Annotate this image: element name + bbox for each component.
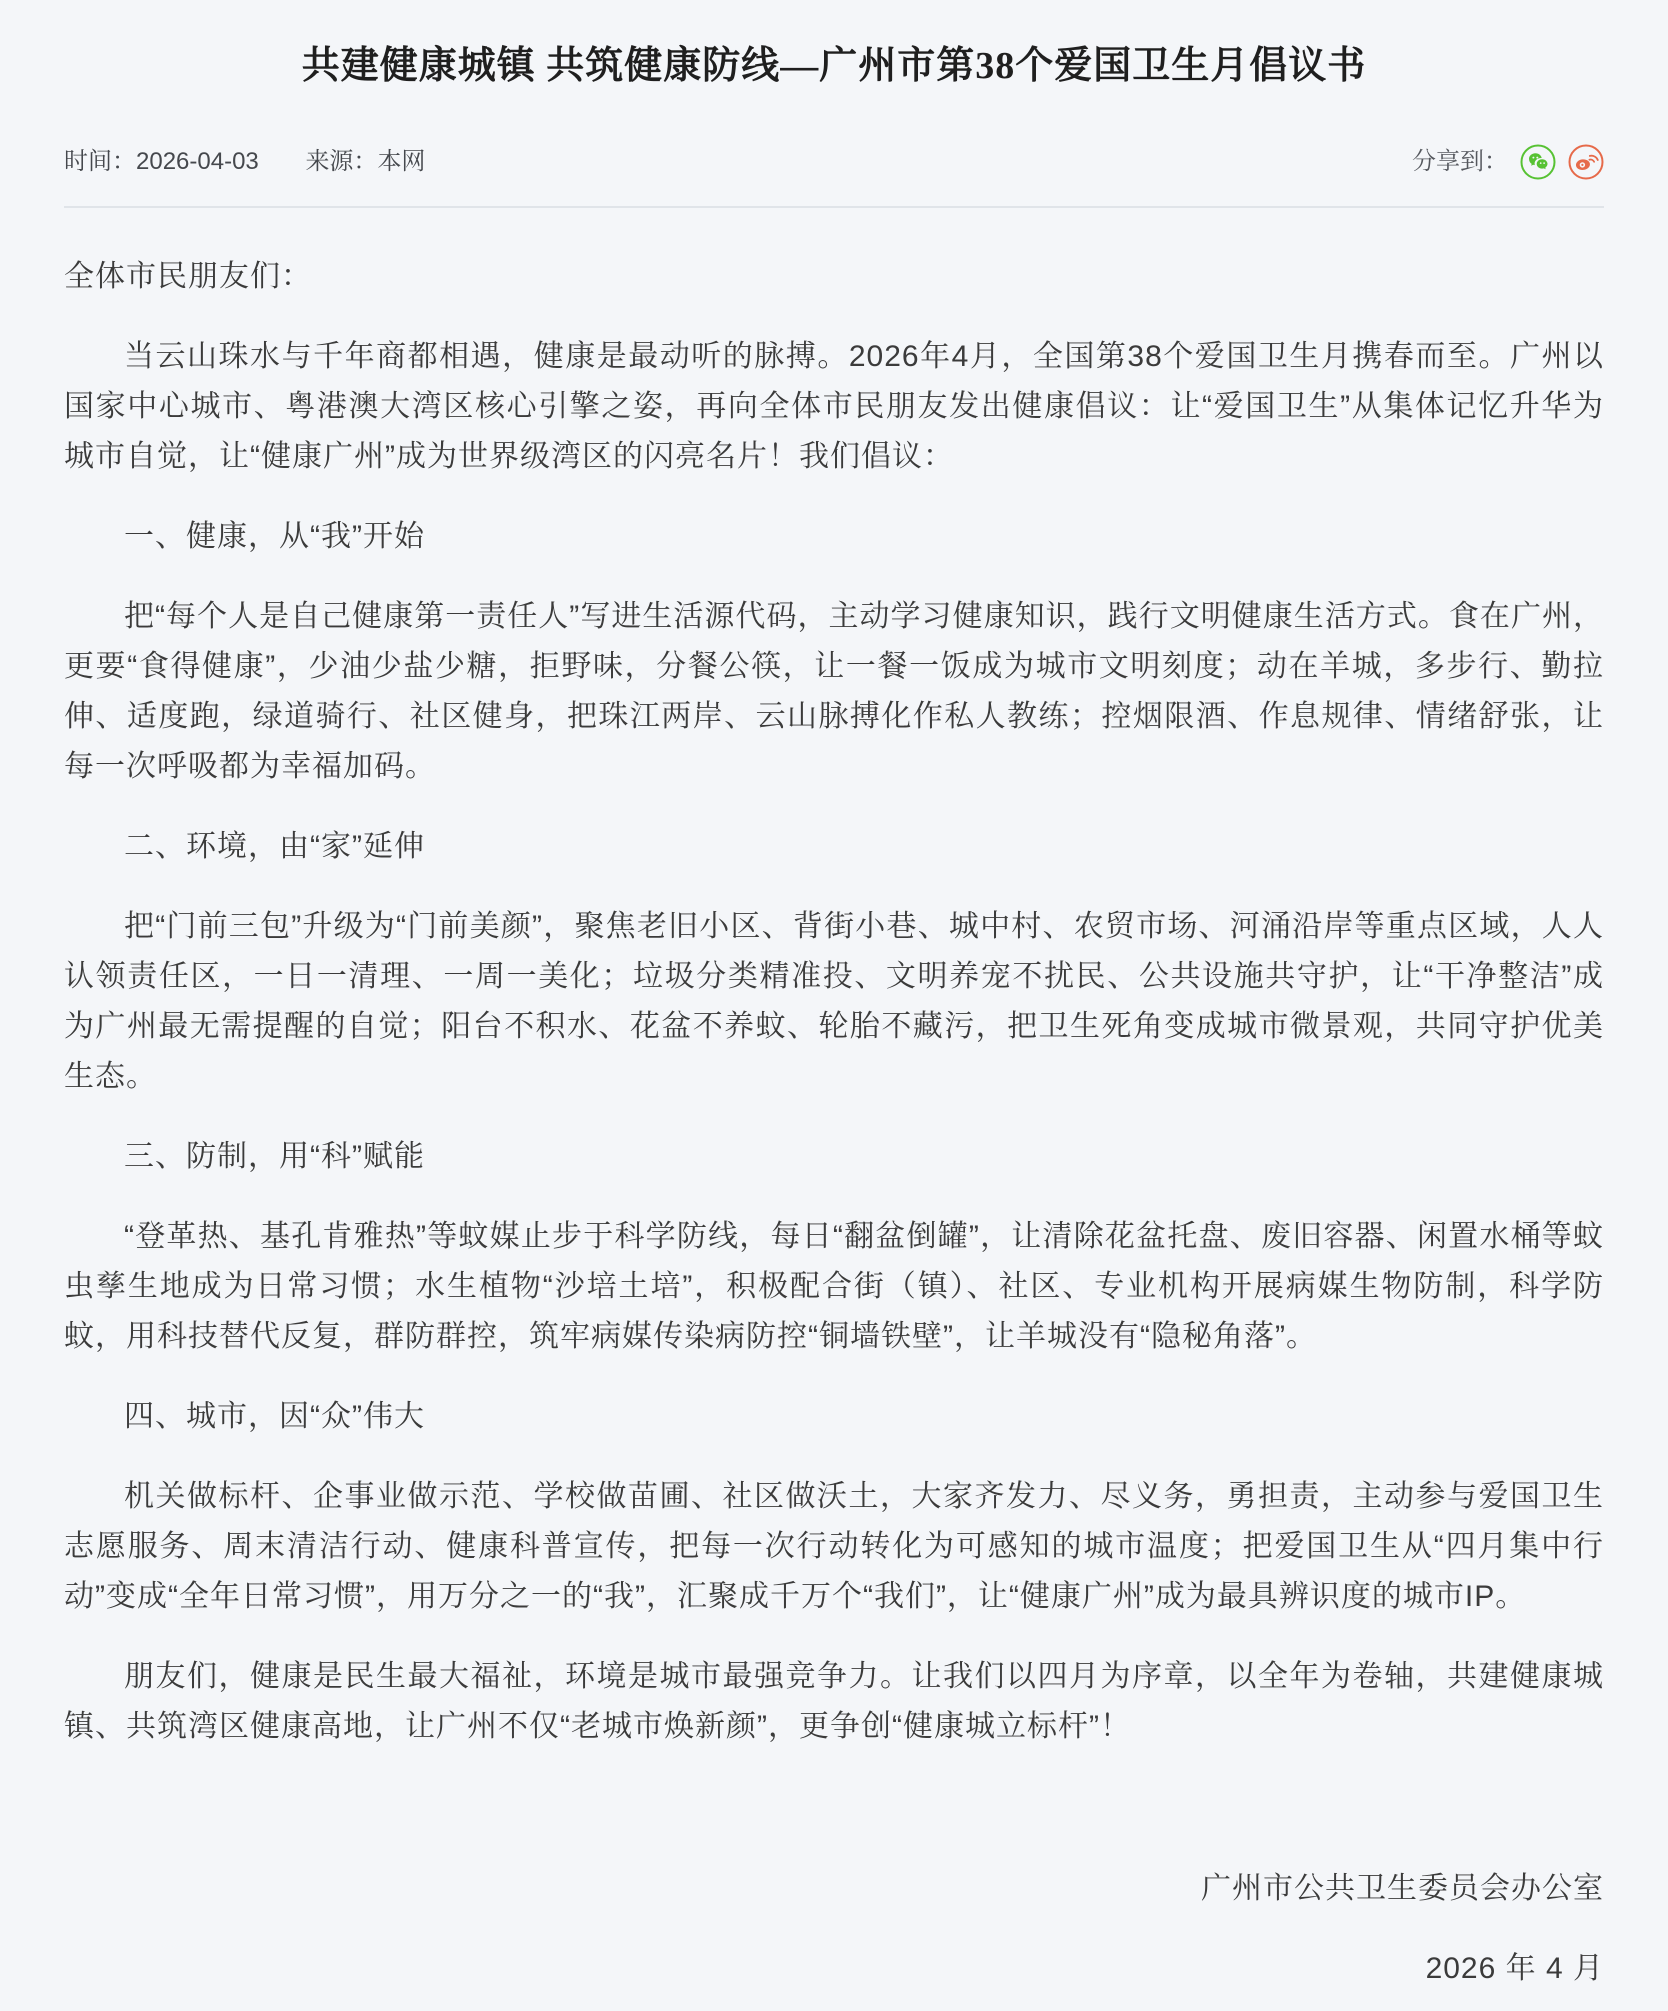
article-body: 全体市民朋友们：当云山珠水与千年商都相遇，健康是最动听的脉搏。2026年4月，全… — [64, 208, 1604, 1752]
paragraph: 朋友们，健康是民生最大福祉，环境是城市最强竞争力。让我们以四月为序章，以全年为卷… — [64, 1652, 1604, 1752]
paragraph: 把“门前三包”升级为“门前美颜”，聚焦老旧小区、背街小巷、城中村、农贸市场、河涌… — [64, 902, 1604, 1102]
section-heading: 三、防制，用“科”赋能 — [64, 1132, 1604, 1182]
section-heading: 四、城市，因“众”伟大 — [64, 1392, 1604, 1442]
time-label: 时间： — [64, 148, 136, 175]
time-value: 2026-04-03 — [136, 148, 259, 175]
paragraph: 机关做标杆、企事业做示范、学校做苗圃、社区做沃土，大家齐发力、尽义务，勇担责，主… — [64, 1472, 1604, 1622]
source-value: 本网 — [377, 148, 425, 175]
paragraph: 把“每个人是自己健康第一责任人”写进生活源代码，主动学习健康知识，践行文明健康生… — [64, 592, 1604, 792]
paragraph: “登革热、基孔肯雅热”等蚊媒止步于科学防线，每日“翻盆倒罐”，让清除花盆托盘、废… — [64, 1212, 1604, 1362]
article-title: 共建健康城镇 共筑健康防线—广州市第38个爱国卫生月倡议书 — [64, 40, 1604, 92]
paragraph: 全体市民朋友们： — [64, 252, 1604, 302]
article-meta: 时间：2026-04-03 来源：本网 — [64, 144, 425, 180]
section-heading: 二、环境，由“家”延伸 — [64, 822, 1604, 872]
issue-date: 2026 年 4 月 — [64, 1944, 1604, 1994]
paragraph: 当云山珠水与千年商都相遇，健康是最动听的脉搏。2026年4月，全国第38个爱国卫… — [64, 332, 1604, 482]
article-page: 共建健康城镇 共筑健康防线—广州市第38个爱国卫生月倡议书 时间：2026-04… — [0, 0, 1668, 2011]
publish-time: 时间：2026-04-03 — [64, 148, 259, 175]
weibo-share-icon[interactable] — [1568, 144, 1604, 180]
article-source: 来源：本网 — [305, 148, 425, 175]
meta-row: 时间：2026-04-03 来源：本网 分享到： — [64, 144, 1604, 180]
wechat-share-icon[interactable] — [1520, 144, 1556, 180]
signature: 广州市公共卫生委员会办公室 — [64, 1864, 1604, 1914]
section-heading: 一、健康，从“我”开始 — [64, 512, 1604, 562]
share-label: 分享到： — [1412, 144, 1508, 180]
source-label: 来源： — [305, 148, 377, 175]
share-bar: 分享到： — [1412, 144, 1604, 180]
